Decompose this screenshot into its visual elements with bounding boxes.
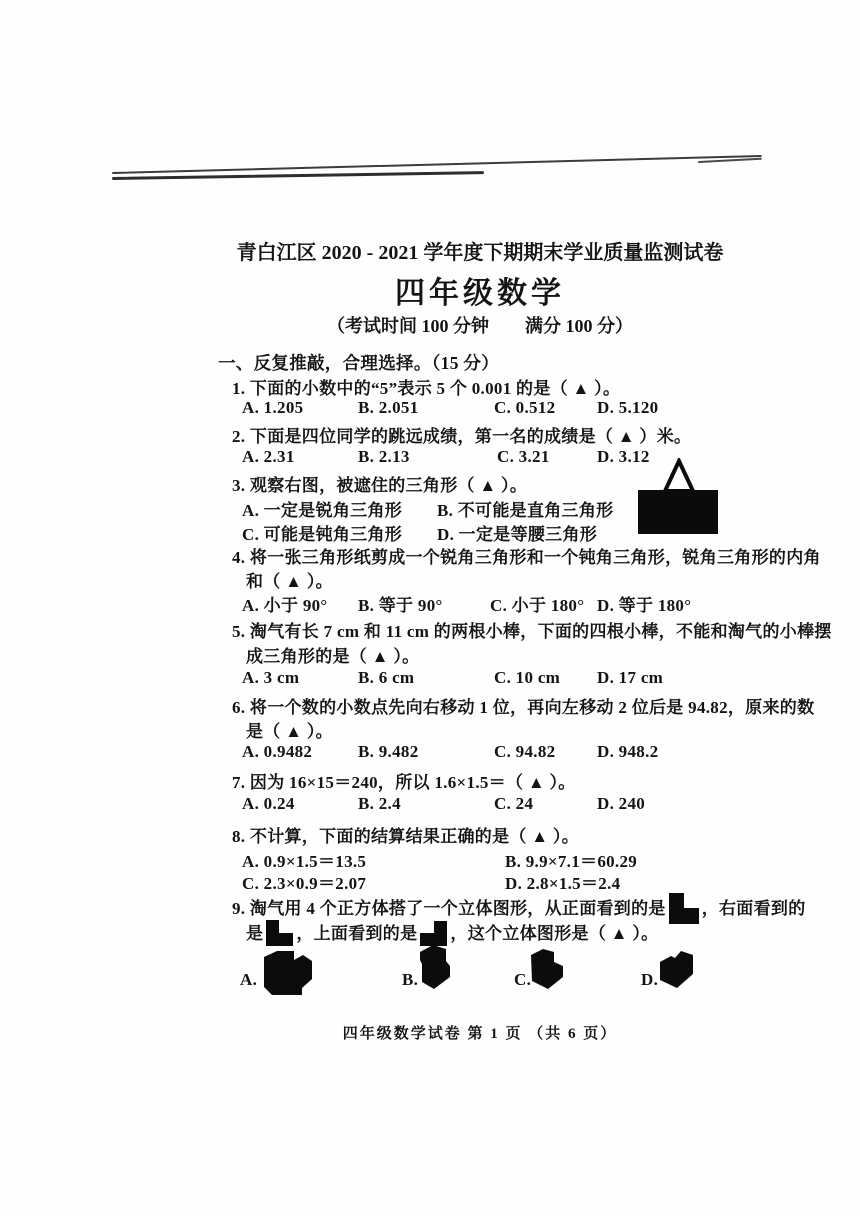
- question-4-stem-line2: 和（ ▲ ）。: [246, 567, 333, 592]
- right-view-shape-icon: [266, 920, 293, 946]
- question-6-option-a: A. 0.9482: [242, 742, 312, 762]
- question-5-stem-line2: 成三角形的是（ ▲ ）。: [246, 642, 419, 667]
- exam-time-info: （考试时间 100 分钟 满分 100 分）: [100, 312, 860, 338]
- question-9-stem-part3: 是: [246, 919, 263, 944]
- top-view-shape-icon: [420, 921, 447, 946]
- black-cover-rectangle: [638, 490, 718, 534]
- question-4-option-a: A. 小于 90°: [242, 591, 328, 616]
- question-1-option-b: B. 2.051: [358, 398, 419, 418]
- paper-subject-title: 四年级数学: [100, 268, 860, 312]
- question-2-stem: 2. 下面是四位同学的跳远成绩，第一名的成绩是（ ▲ ）米。: [232, 422, 691, 447]
- page-footer: 四年级数学试卷 第 1 页 （共 6 页）: [100, 1022, 860, 1043]
- question-5-option-a: A. 3 cm: [242, 668, 299, 688]
- question-2-option-a: A. 2.31: [242, 447, 295, 467]
- question-3-option-d: D. 一定是等腰三角形: [437, 520, 597, 545]
- question-7-option-c: C. 24: [494, 794, 533, 814]
- question-7-option-b: B. 2.4: [358, 794, 401, 814]
- question-1-stem: 1. 下面的小数中的“5”表示 5 个 0.001 的是（ ▲ ）。: [232, 374, 620, 399]
- question-3-stem: 3. 观察右图，被遮住的三角形（ ▲ ）。: [232, 471, 527, 496]
- question-1-option-c: C. 0.512: [494, 398, 555, 418]
- question-4-option-b: B. 等于 90°: [358, 591, 443, 616]
- question-5-option-c: C. 10 cm: [494, 668, 560, 688]
- question-4-stem-line1: 4. 将一张三角形纸剪成一个锐角三角形和一个钝角三角形，锐角三角形的内角: [232, 543, 821, 568]
- question-9-stem-part5: ，这个立体图形是（ ▲ ）。: [450, 919, 658, 944]
- q9-option-b-figure: [416, 944, 452, 990]
- exam-paper-page: 青白江区 2020 - 2021 学年度下期期末学业质量监测试卷 四年级数学 （…: [0, 0, 860, 1216]
- question-6-option-c: C. 94.82: [494, 742, 555, 762]
- section-1-heading: 一、反复推敲，合理选择。（15 分）: [218, 350, 499, 375]
- question-9-option-a-label: A.: [240, 970, 257, 990]
- question-7-stem: 7. 因为 16×15＝240，所以 1.6×1.5＝（ ▲ ）。: [232, 768, 576, 793]
- question-2-option-b: B. 2.13: [358, 447, 410, 467]
- question-5-stem-line1: 5. 淘气有长 7 cm 和 11 cm 的两根小棒，下面的四根小棒，不能和淘气…: [232, 617, 832, 642]
- question-7-option-a: A. 0.24: [242, 794, 295, 814]
- scan-artifact-line: [698, 158, 762, 163]
- q9-option-a-figure: [262, 948, 314, 998]
- q9-option-d-figure: [657, 949, 695, 989]
- question-7-option-d: D. 240: [597, 794, 645, 814]
- question-9-stem-part2: ，右面看到的: [702, 894, 806, 919]
- question-1-option-d: D. 5.120: [597, 398, 658, 418]
- question-3-option-a: A. 一定是锐角三角形: [242, 496, 402, 521]
- question-5-option-b: B. 6 cm: [358, 668, 414, 688]
- question-6-option-b: B. 9.482: [358, 742, 419, 762]
- q9-option-c-figure: [528, 947, 565, 990]
- question-1-option-a: A. 1.205: [242, 398, 303, 418]
- question-2-option-d: D. 3.12: [597, 447, 650, 467]
- question-9-stem-line2: 是 ，上面看到的是 ，这个立体图形是（ ▲ ）。: [246, 916, 658, 946]
- question-9-stem-part4: ，上面看到的是: [296, 919, 417, 944]
- question-6-option-d: D. 948.2: [597, 742, 658, 762]
- question-3-option-c: C. 可能是钝角三角形: [242, 520, 402, 545]
- question-2-option-c: C. 3.21: [497, 447, 550, 467]
- question-6-stem-line1: 6. 将一个数的小数点先向右移动 1 位，再向左移动 2 位后是 94.82，原…: [232, 693, 814, 718]
- question-6-stem-line2: 是（ ▲ ）。: [246, 717, 333, 742]
- front-view-shape-icon: [669, 893, 699, 924]
- hidden-triangle-apex-figure: [660, 458, 700, 494]
- question-5-option-d: D. 17 cm: [597, 668, 663, 688]
- question-4-option-d: D. 等于 180°: [597, 591, 691, 616]
- question-4-option-c: C. 小于 180°: [490, 591, 584, 616]
- question-8-stem: 8. 不计算，下面的结算结果正确的是（ ▲ ）。: [232, 822, 579, 847]
- question-3-option-b: B. 不可能是直角三角形: [437, 496, 613, 521]
- paper-title: 青白江区 2020 - 2021 学年度下期期末学业质量监测试卷: [100, 236, 860, 265]
- question-9-option-d-label: D.: [641, 970, 658, 990]
